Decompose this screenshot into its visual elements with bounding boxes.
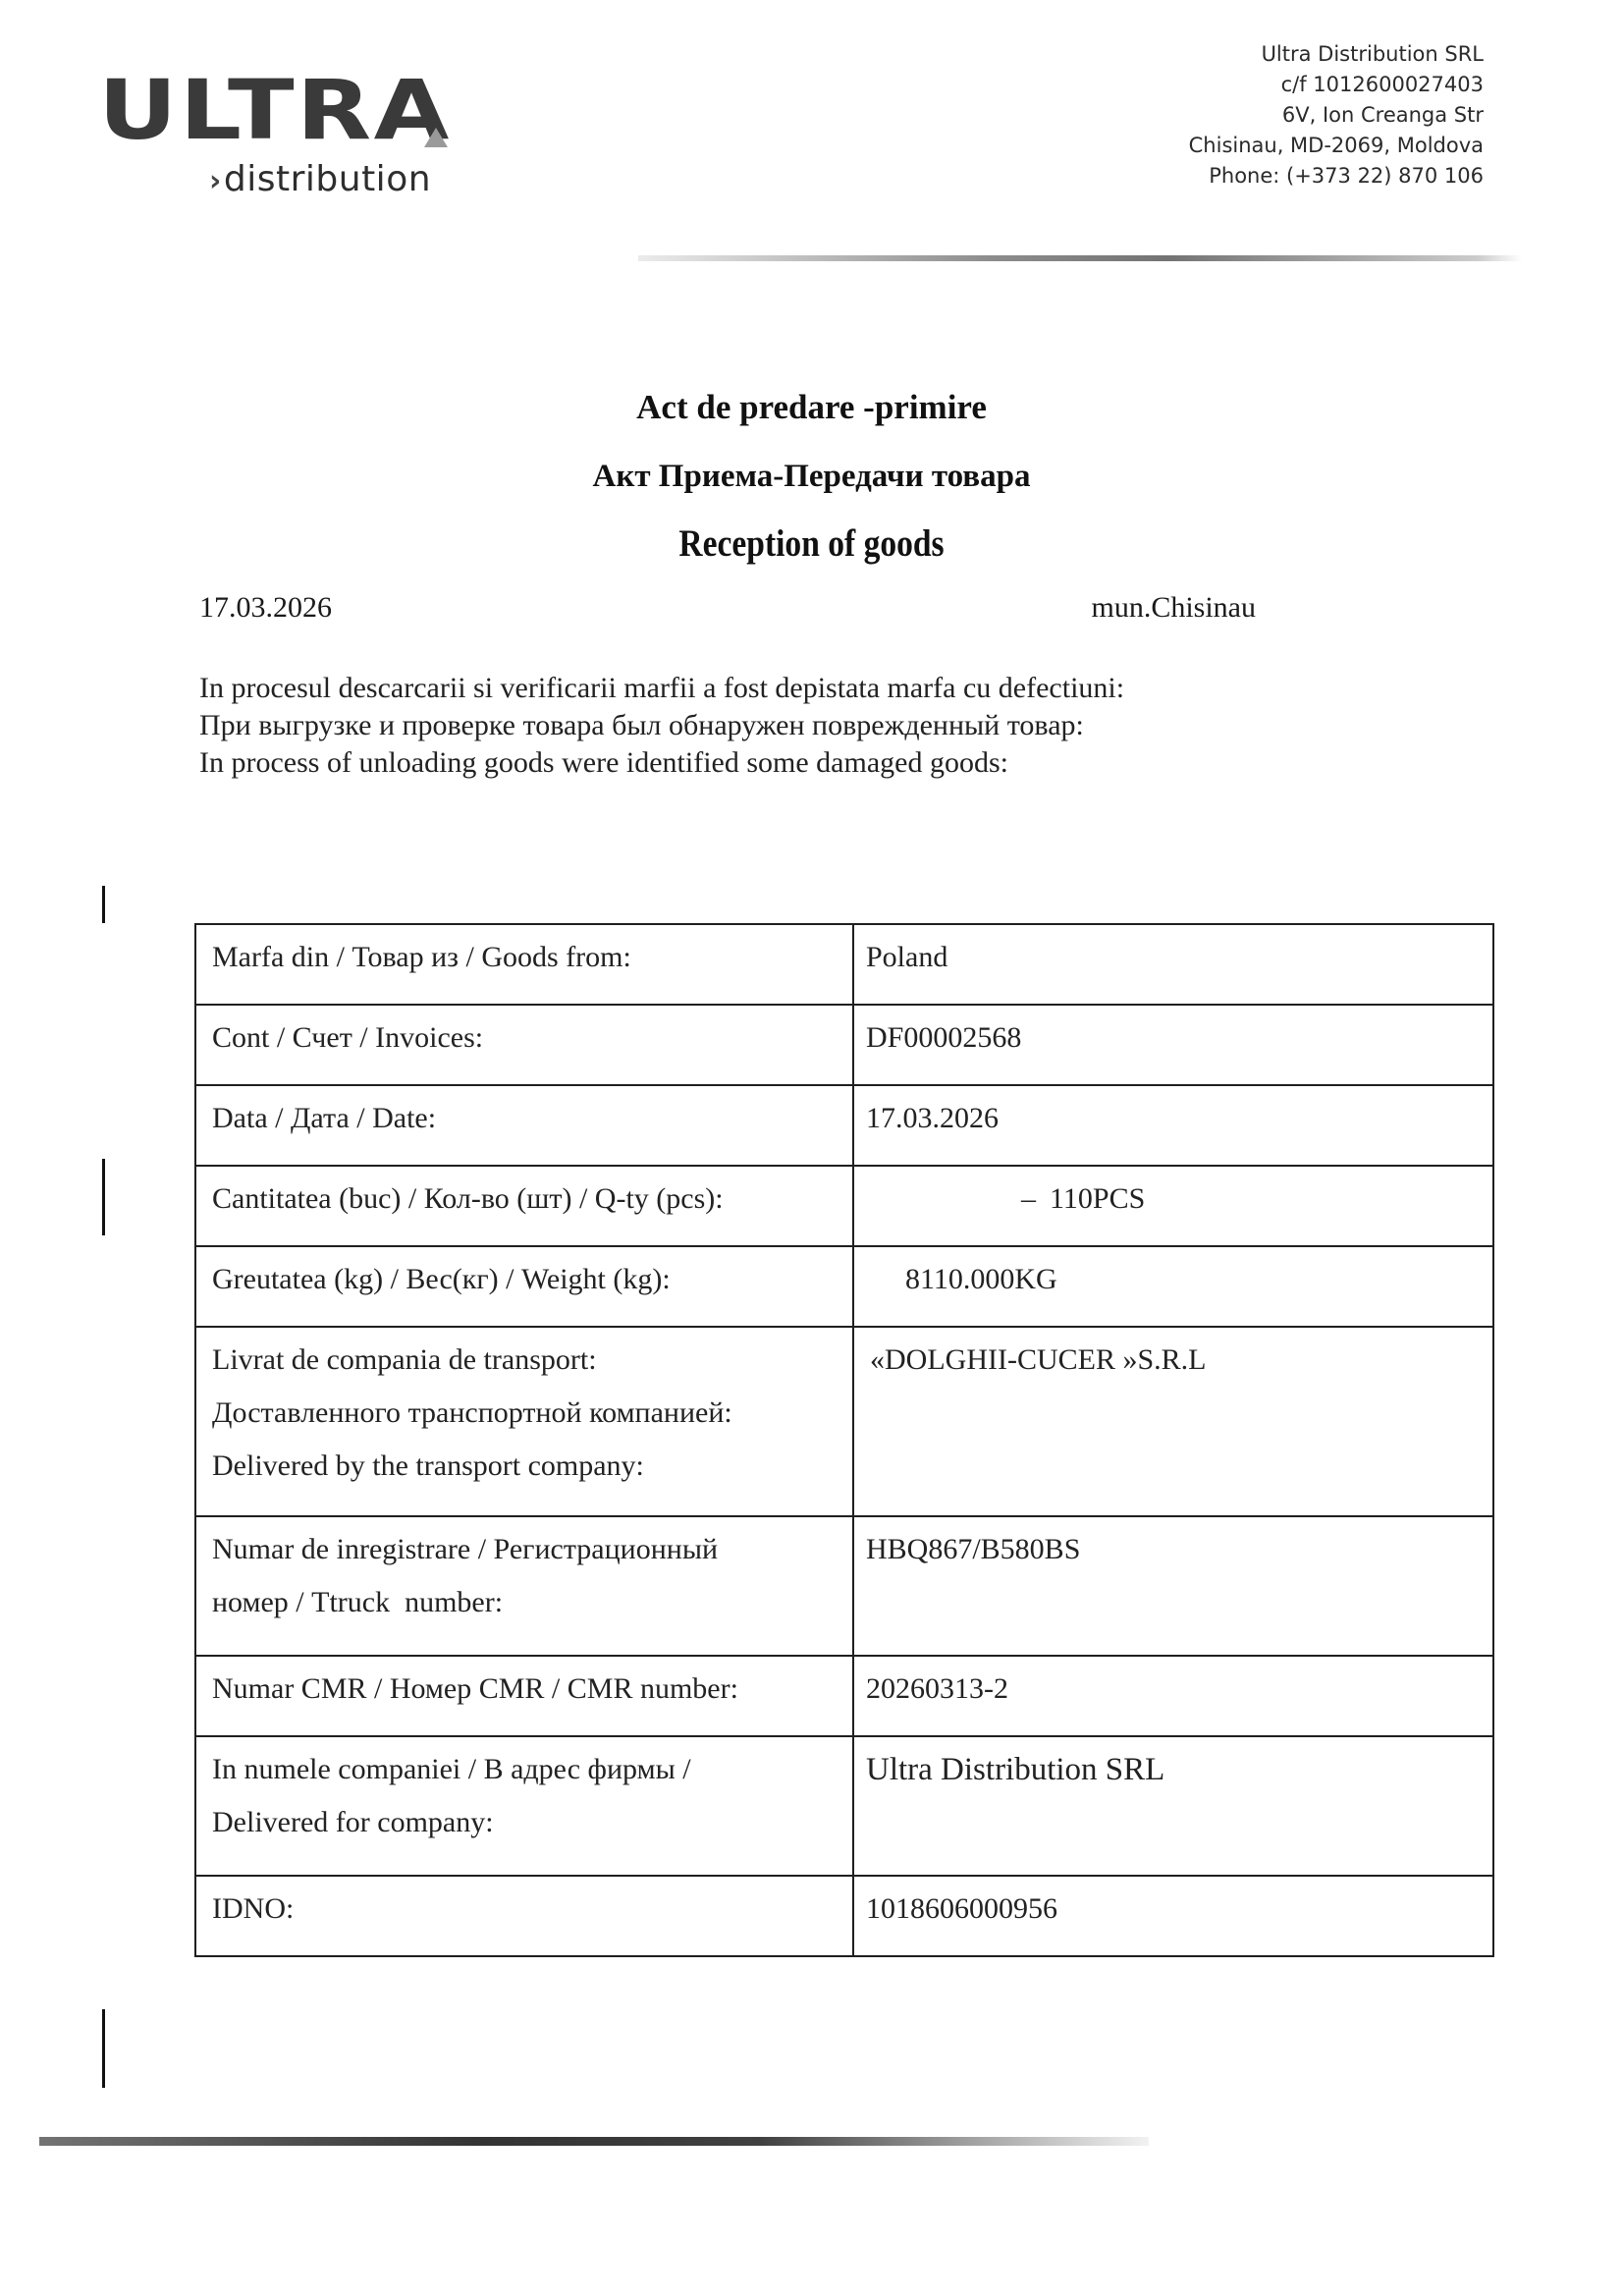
table-row-cmr-number: Numar CMR / Номер CMR / CMR number: 2026… — [195, 1656, 1493, 1736]
row-value: –110PCS — [853, 1166, 1493, 1246]
table-row-invoice: Cont / Счет / Invoices: DF00002568 — [195, 1005, 1493, 1085]
intro-russian: При выгрузке и проверке товара был обнар… — [199, 707, 1124, 744]
row-label: Data / Дата / Date: — [195, 1085, 853, 1166]
row-label: Marfa din / Товар из / Goods from: — [195, 924, 853, 1005]
row-label: IDNO: — [195, 1876, 853, 1956]
row-label: Livrat de compania de transport: Доставл… — [195, 1327, 853, 1516]
company-fiscal-code: c/f 1012600027403 — [1189, 70, 1484, 100]
logo-triangle-icon — [424, 128, 448, 147]
row-label: Cantitatea (buc) / Кол-во (шт) / Q-ty (p… — [195, 1166, 853, 1246]
margin-mark — [102, 886, 105, 923]
title-english: Reception of goods — [114, 519, 1510, 570]
row-value: 17.03.2026 — [853, 1085, 1493, 1166]
table-row-delivered-for: In numele companiei / В адрес фирмы / De… — [195, 1736, 1493, 1876]
company-name: Ultra Distribution SRL — [1189, 39, 1484, 70]
company-street: 6V, Ion Creanga Str — [1189, 100, 1484, 131]
row-label: Cont / Счет / Invoices: — [195, 1005, 853, 1085]
row-label: Numar de inregistrare / Регистрационный … — [195, 1516, 853, 1656]
company-city: Chisinau, MD-2069, Moldova — [1189, 131, 1484, 161]
row-value: Ultra Distribution SRL — [853, 1736, 1493, 1876]
title-romanian: Act de predare -primire — [0, 383, 1623, 432]
table-row-date: Data / Дата / Date: 17.03.2026 — [195, 1085, 1493, 1166]
scan-artifact-top — [638, 255, 1522, 261]
margin-mark — [102, 2009, 105, 2088]
company-logo: ULTRA ›distribution — [98, 69, 442, 187]
table-row-idno: IDNO: 1018606000956 — [195, 1876, 1493, 1956]
row-value: «DOLGHII-CUCER »S.R.L — [853, 1327, 1493, 1516]
row-label: Numar CMR / Номер CMR / CMR number: — [195, 1656, 853, 1736]
scan-artifact-bottom — [39, 2137, 1149, 2146]
logo-wordmark: ULTRA — [98, 69, 452, 151]
document-date: 17.03.2026 — [199, 591, 332, 625]
company-phone: Phone: (+373 22) 870 106 — [1189, 161, 1484, 191]
row-value: Poland — [853, 924, 1493, 1005]
logo-subtitle-text: distribution — [224, 159, 431, 199]
table-row-goods-from: Marfa din / Товар из / Goods from: Polan… — [195, 924, 1493, 1005]
goods-reception-table: Marfa din / Товар из / Goods from: Polan… — [194, 923, 1494, 1957]
company-address-block: Ultra Distribution SRL c/f 1012600027403… — [1189, 39, 1484, 191]
table-row-transport-company: Livrat de compania de transport: Доставл… — [195, 1327, 1493, 1516]
document-titles: Act de predare -primire Акт Приема-Перед… — [0, 383, 1623, 570]
chevron-right-icon: › — [209, 164, 222, 198]
dash-mark: – — [1021, 1182, 1036, 1215]
row-label: Greutatea (kg) / Вес(кг) / Weight (kg): — [195, 1246, 853, 1327]
logo-subtitle: ›distribution — [209, 162, 431, 197]
title-russian: Акт Приема-Передачи товара — [0, 452, 1623, 501]
row-value: 20260313-2 — [853, 1656, 1493, 1736]
margin-mark — [102, 1159, 105, 1235]
table-row-quantity: Cantitatea (buc) / Кол-во (шт) / Q-ty (p… — [195, 1166, 1493, 1246]
document-place: mun.Chisinau — [1091, 591, 1256, 625]
intro-romanian: In procesul descarcarii si verificarii m… — [199, 670, 1124, 707]
quantity-value: 110PCS — [1050, 1182, 1145, 1215]
row-value: 1018606000956 — [853, 1876, 1493, 1956]
table-row-truck-number: Numar de inregistrare / Регистрационный … — [195, 1516, 1493, 1656]
table-row-weight: Greutatea (kg) / Вес(кг) / Weight (kg): … — [195, 1246, 1493, 1327]
row-value: DF00002568 — [853, 1005, 1493, 1085]
row-label: In numele companiei / В адрес фирмы / De… — [195, 1736, 853, 1876]
row-value: 8110.000KG — [853, 1246, 1493, 1327]
date-place-row: 17.03.2026 mun.Chisinau — [199, 591, 1256, 625]
intro-statement: In procesul descarcarii si verificarii m… — [199, 670, 1124, 782]
row-value: HBQ867/B580BS — [853, 1516, 1493, 1656]
intro-english: In process of unloading goods were ident… — [199, 744, 1124, 782]
